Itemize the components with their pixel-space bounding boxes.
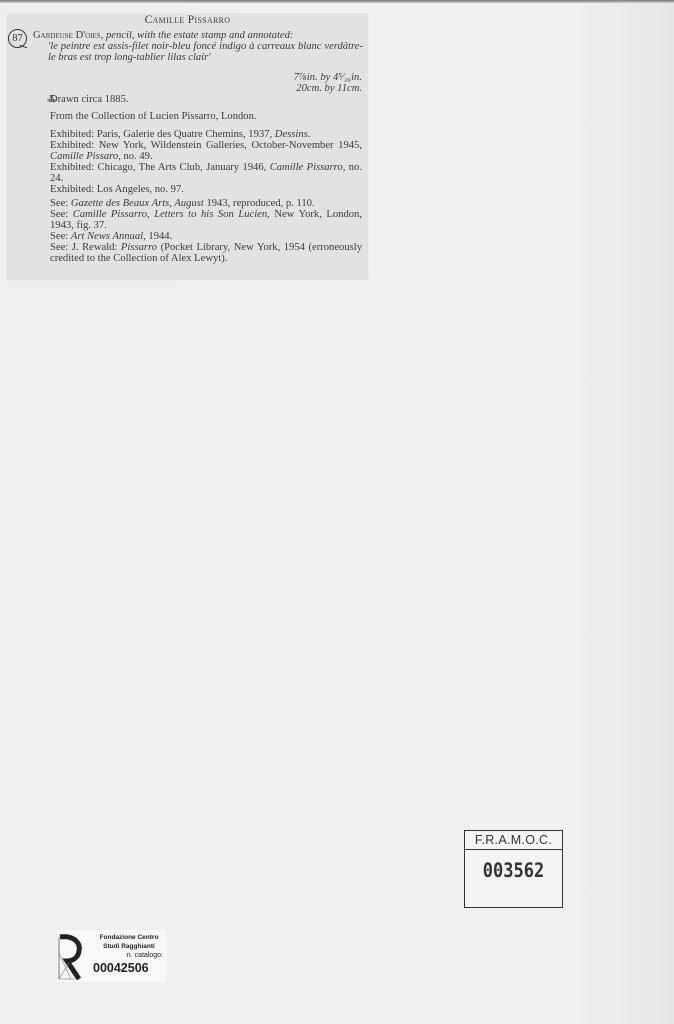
dimensions: 7⅞in. by 4⁵⁄₁₆in. 20cm. by 11cm. — [294, 72, 362, 94]
literature-label: See: — [50, 231, 71, 242]
literature-entry: See: Camille Pissarro, Letters to his So… — [50, 209, 362, 231]
exhibition-text: Chicago, The Arts Club, January 1946, — [98, 162, 270, 173]
exhibition-entry: Exhibited: Paris, Galerie des Quatre Che… — [50, 129, 362, 140]
literature-suffix: 1943, reproduced, p. 110. — [204, 198, 315, 209]
exhibitions-list: Exhibited: Paris, Galerie des Quatre Che… — [50, 129, 362, 195]
exhibition-text: Los Angeles, no. 97. — [97, 184, 184, 195]
fondazione-label: Fondazione Centro Studi Ragghianti n. ca… — [57, 930, 167, 982]
exhibition-label: Exhibited: — [50, 140, 99, 151]
exhibition-entry: Exhibited: Los Angeles, no. 97. — [50, 184, 362, 195]
framoc-header: F.R.A.M.O.C. — [465, 831, 562, 850]
literature-label: See: — [50, 242, 72, 253]
exhibition-title: Dessins — [275, 129, 308, 140]
exhibition-label: Exhibited: — [50, 129, 97, 140]
exhibition-label: Exhibited: — [50, 162, 98, 173]
ragghianti-logo-icon — [57, 933, 83, 981]
exhibition-suffix: . — [308, 129, 311, 140]
exhibition-text: Paris, Galerie des Quatre Chemins, 1937, — [97, 129, 275, 140]
fondazione-line2: Studi Ragghianti — [93, 942, 165, 951]
framoc-number: 003562 — [465, 860, 562, 883]
literature-entry: See: Art News Annual, 1944. — [50, 231, 362, 242]
provenance-text: From the Collection of Lucien Pissarro, … — [50, 111, 362, 122]
exhibition-label: Exhibited: — [50, 184, 97, 195]
catalog-label: n. catalogo: — [93, 951, 165, 960]
artist-heading: Camille Pissarro — [7, 14, 368, 26]
literature-entry: See: Gazette des Beaux Arts, August 1943… — [50, 198, 362, 209]
literature-author: J. Rewald: — [72, 242, 121, 253]
catalog-number: 00042506 — [93, 961, 165, 975]
exhibition-text: New York, Wildenstein Galleries, October… — [99, 140, 362, 151]
exhibition-entry: Exhibited: Chicago, The Arts Club, Janua… — [50, 162, 362, 184]
exhibition-title: Camille Pissarro — [270, 162, 343, 173]
date-text: Drawn circa 1885. — [50, 94, 362, 105]
dimensions-inches: 7⅞in. by 4⁵⁄₁₆in. — [294, 72, 362, 83]
lot-number-circle-icon: 87 — [8, 29, 27, 48]
literature-suffix: , 1944. — [143, 231, 172, 242]
date-line: Drawn circa 1885. — [50, 94, 362, 105]
scan-top-edge — [0, 0, 674, 3]
literature-entry: See: J. Rewald: Pissarro (Pocket Library… — [50, 242, 362, 264]
circle-tail-mark — [19, 45, 28, 51]
lot-number: 87 — [12, 33, 23, 44]
artwork-title: Gardeuse D'oies — [33, 30, 101, 41]
annotation-text: 'le peintre est assis-filet noir-bleu fo… — [48, 41, 363, 63]
fondazione-text: Fondazione Centro Studi Ragghianti n. ca… — [93, 933, 165, 975]
medium-note: , pencil, with the estate stamp and anno… — [101, 30, 294, 41]
literature-title: Camille Pissarro, Letters to his Son Luc… — [73, 209, 267, 220]
fondazione-line1: Fondazione Centro — [93, 933, 165, 942]
dimensions-cm: 20cm. by 11cm. — [294, 83, 362, 94]
literature-list: See: Gazette des Beaux Arts, August 1943… — [50, 198, 362, 264]
literature-label: See: — [50, 198, 71, 209]
literature-label: See: — [50, 209, 73, 220]
provenance-line: From the Collection of Lucien Pissarro, … — [50, 111, 362, 122]
literature-title: Gazette des Beaux Arts, August — [71, 198, 204, 209]
literature-title: Art News Annual — [71, 231, 143, 242]
exhibition-title: Camille Pissaro — [50, 151, 118, 162]
framoc-stamp: F.R.A.M.O.C. 003562 — [464, 830, 563, 908]
entry-title-line: Gardeuse D'oies, pencil, with the estate… — [33, 30, 363, 41]
exhibition-suffix: , no. 49. — [118, 151, 152, 162]
catalogue-clipping: Camille Pissarro 87 Gardeuse D'oies, pen… — [7, 14, 368, 280]
literature-title: Pissarro — [121, 242, 157, 253]
exhibition-entry: Exhibited: New York, Wildenstein Galleri… — [50, 140, 362, 162]
